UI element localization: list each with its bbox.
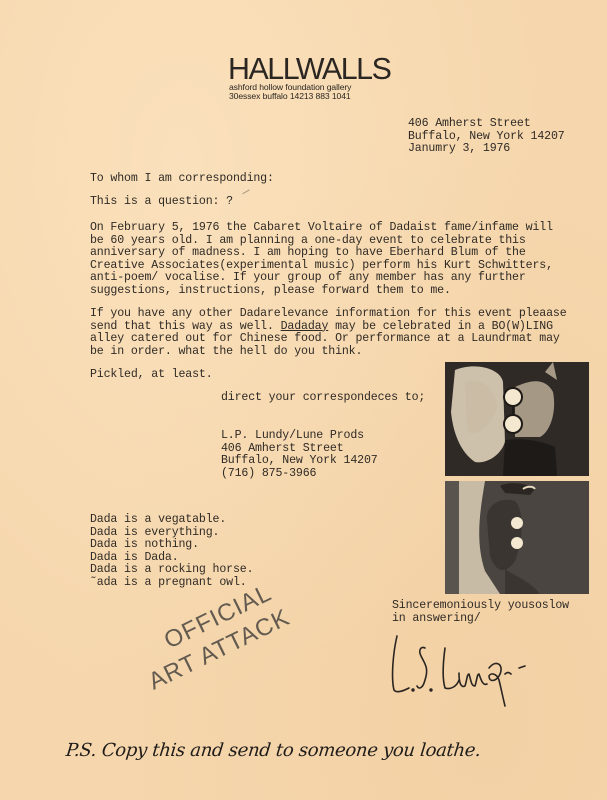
letterhead-address: 30essex buffalo 14213 883 1041 xyxy=(229,92,398,101)
paragraph-line: alley catered out for Chinese food. Or p… xyxy=(90,333,567,346)
paragraph-line: On February 5, 1976 the Cabaret Voltaire… xyxy=(90,222,553,235)
paragraph-2: If you have any other Dadarelevance info… xyxy=(90,308,567,358)
photo-glasses-face-1 xyxy=(445,362,589,476)
paragraph-1: On February 5, 1976 the Cabaret Voltaire… xyxy=(90,222,553,298)
paragraph-line: suggestions, instructions, please forwar… xyxy=(90,285,553,298)
letterhead-name: HALLWALLS xyxy=(228,54,395,83)
salutation: To whom I am corresponding: xyxy=(90,173,274,186)
sender-address-block: 406 Amherst StreetBuffalo, New York 1420… xyxy=(408,118,565,156)
contact-name: L.P. Lundy/Lune Prods xyxy=(221,430,378,443)
photo-glasses-face-2 xyxy=(445,481,589,594)
sender-street: 406 Amherst Street xyxy=(408,118,565,131)
stray-mark xyxy=(242,189,251,197)
dada-list-item: Dada is a vegatable. xyxy=(90,514,253,527)
signature xyxy=(385,628,545,708)
question-line: This is a question: ? xyxy=(90,196,233,209)
dada-list-item: Dada is nothing. xyxy=(90,539,253,552)
paragraph-line: anniversary of madness. I am hoping to h… xyxy=(90,247,553,260)
letterhead: HALLWALLS ashford hollow foundation gall… xyxy=(228,54,398,101)
pickled-line: Pickled, at least. xyxy=(90,369,213,382)
closing-block: Sinceremoniously yousoslowin answering/ xyxy=(392,600,569,625)
handwritten-postscript: P.S. Copy this and send to someone you l… xyxy=(65,740,482,761)
letter-date: Janumry 3, 1976 xyxy=(408,143,565,156)
contact-block: L.P. Lundy/Lune Prods406 Amherst StreetB… xyxy=(221,430,378,480)
text-run: send that this way as well. xyxy=(90,320,281,333)
text-run: may be celebrated in a BO(W)LING xyxy=(328,320,553,333)
closing-line-2: in answering/ xyxy=(392,613,569,626)
contact-phone: (716) 875-3966 xyxy=(221,468,378,481)
paragraph-line: be in order. what the hell do you think. xyxy=(90,346,567,359)
direct-correspondence-line: direct your correspondeces to; xyxy=(221,392,425,405)
contact-city: Buffalo, New York 14207 xyxy=(221,455,378,468)
dadaday-underlined: Dadaday xyxy=(281,320,329,333)
closing-line-1: Sinceremoniously yousoslow xyxy=(392,600,569,613)
